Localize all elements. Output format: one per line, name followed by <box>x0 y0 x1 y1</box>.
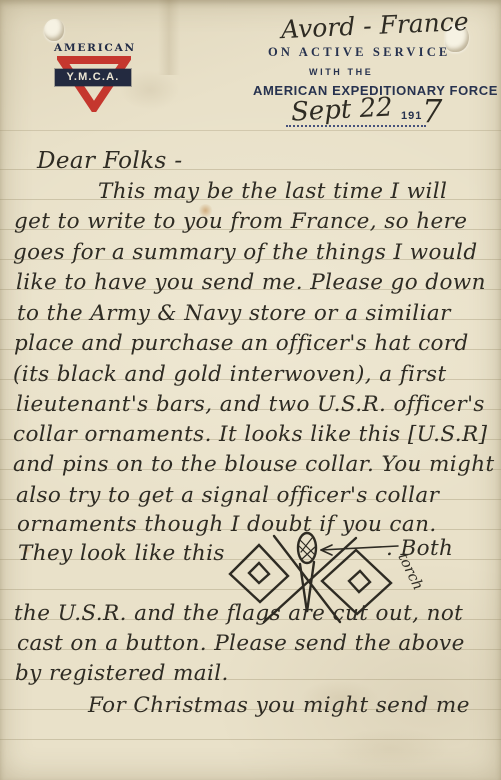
punch-hole-left <box>44 19 64 41</box>
letter-line: collar ornaments. It looks like this [U.… <box>13 422 487 447</box>
date-year-digit-handwritten: 7 <box>422 92 442 130</box>
letter-line: lieutenant's bars, and two U.S.R. office… <box>16 392 485 417</box>
location-handwritten: Avord - France <box>280 7 469 44</box>
letter-line: This may be the last time I will <box>98 179 447 204</box>
flags-line-after: . Both <box>386 536 453 561</box>
date-year-printed: 191 <box>401 110 422 122</box>
ymca-logo: AMERICAN Y.M.C.A. <box>54 42 134 114</box>
ruled-line <box>0 130 501 131</box>
letter-scan: AMERICAN Y.M.C.A. Avord - France ON ACTI… <box>0 0 501 780</box>
service-line-1: ON ACTIVE SERVICE <box>268 45 450 60</box>
letter-line: place and purchase an officer's hat cord <box>14 331 469 356</box>
letter-line: by registered mail. <box>15 661 229 686</box>
paper-stain <box>330 728 450 768</box>
date-day-handwritten: Sept 22 <box>290 92 393 127</box>
letter-line: to the Army & Navy store or a similiar <box>17 301 451 326</box>
letter-line: (its black and gold interwoven), a first <box>13 362 447 387</box>
letter-line: get to write to you from France, so here <box>14 209 467 234</box>
ymca-logo-box-label: Y.M.C.A. <box>55 69 131 86</box>
salutation: Dear Folks - <box>37 148 183 174</box>
ymca-logo-american-label: AMERICAN <box>54 42 134 54</box>
letter-line: and pins on to the blouse collar. You mi… <box>13 452 495 477</box>
paper-crease <box>158 0 180 75</box>
left-flag-center <box>249 563 269 583</box>
flags-line-before: They look like this <box>18 541 225 566</box>
letter-line: like to have you send me. Please go down <box>16 270 486 295</box>
left-flag <box>230 545 288 602</box>
letter-line: also try to get a signal officer's colla… <box>16 483 439 508</box>
letter-line: the U.S.R. and the flags are cut out, no… <box>14 601 463 626</box>
letter-line: goes for a summary of the things I would <box>13 240 477 265</box>
right-flag-center <box>349 571 370 592</box>
service-line-2: WITH THE <box>309 67 373 77</box>
letter-line: For Christmas you might send me <box>88 693 470 718</box>
letter-line: cast on a button. Please send the above <box>17 631 465 656</box>
